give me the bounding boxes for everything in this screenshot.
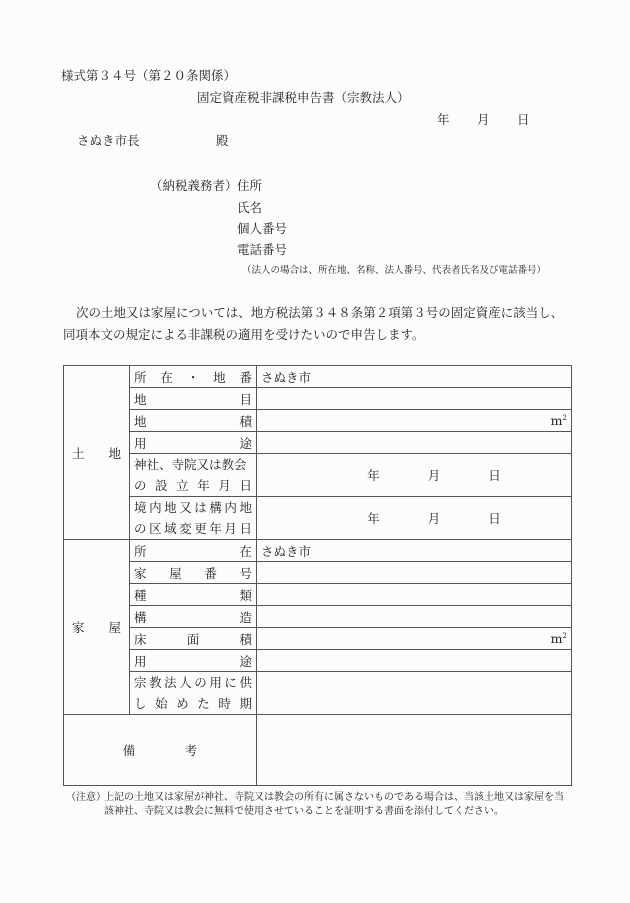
label-char: 類 xyxy=(239,586,252,604)
label-char: 教 xyxy=(149,672,162,693)
land-group-label-1: 土 xyxy=(72,444,85,462)
land-use-label: 用途 xyxy=(130,432,257,454)
building-structure-label: 構造 xyxy=(130,606,257,628)
building-group-cell: 家屋 xyxy=(64,540,130,715)
building-location-label: 所在 xyxy=(130,540,257,562)
label-char: に xyxy=(224,672,237,693)
label-char: 目 xyxy=(239,390,252,408)
taxpayer-label: （納税義務者） xyxy=(150,176,238,194)
year-label: 年 xyxy=(367,466,380,484)
label-char: 所 xyxy=(134,542,147,560)
label-char: 造 xyxy=(239,608,252,626)
remarks-field[interactable] xyxy=(257,715,572,786)
property-table: 土地 所在・地番 さぬき市 地目 地積 m2 用途 神社、寺院又は教会 の設立年… xyxy=(63,365,572,786)
label-char: 設 xyxy=(155,475,168,496)
header-date-month: 月 xyxy=(477,110,490,128)
label-char: 用 xyxy=(134,434,147,452)
building-number-label: 家屋番号 xyxy=(130,562,257,584)
label-char: 構 xyxy=(209,497,222,518)
land-area-field[interactable]: m2 xyxy=(257,410,572,432)
month-label: 月 xyxy=(428,466,441,484)
label-char: 在 xyxy=(239,542,252,560)
label-char: 構 xyxy=(134,608,147,626)
remarks-label-1: 備 xyxy=(123,741,136,759)
label-char: 宗 xyxy=(134,672,147,693)
label-char: 用 xyxy=(134,652,147,670)
unit-superscript: 2 xyxy=(563,414,567,422)
label-char: 又 xyxy=(179,497,192,518)
land-group-label-2: 地 xyxy=(108,444,121,462)
label-char: 供 xyxy=(239,672,252,693)
building-location-field[interactable]: さぬき市 xyxy=(257,540,572,562)
label-char: 家 xyxy=(134,564,147,582)
label-char: 所 xyxy=(134,368,147,386)
boundary-change-date-field[interactable]: 年月日 xyxy=(257,497,572,540)
taxpayer-phone-label: 電話番号 xyxy=(237,240,287,258)
label-char: 積 xyxy=(239,630,252,648)
land-location-label: 所在・地番 xyxy=(130,366,257,388)
label-char: 床 xyxy=(134,630,147,648)
label-char: 地 xyxy=(239,497,252,518)
label-char: 変 xyxy=(179,518,192,539)
header-date-day: 日 xyxy=(517,110,530,128)
label-char: 法 xyxy=(164,672,177,693)
note-heading: （注意） xyxy=(66,791,106,805)
label-char: の xyxy=(194,672,207,693)
day-label: 日 xyxy=(488,509,501,527)
label-char: 期 xyxy=(239,693,252,714)
boundary-change-date-label: 境内地又は構内地 の区域変更年月日 xyxy=(130,497,257,540)
label-char: 用 xyxy=(209,672,222,693)
label-char: 地 xyxy=(164,497,177,518)
land-use-field[interactable] xyxy=(257,432,572,454)
label-char: 地 xyxy=(213,368,226,386)
taxpayer-id-label: 個人番号 xyxy=(237,219,287,237)
label-char: 在 xyxy=(160,368,173,386)
label-char: 立 xyxy=(176,475,189,496)
building-group-label-2: 屋 xyxy=(108,618,121,636)
square-meter-unit: m xyxy=(551,631,563,646)
label-char: 人 xyxy=(179,672,192,693)
header-date-year: 年 xyxy=(437,110,450,128)
unit-superscript: 2 xyxy=(563,632,567,640)
label-char: 始 xyxy=(155,693,168,714)
label-char: 区 xyxy=(149,518,162,539)
label-char: 境 xyxy=(134,497,147,518)
month-label: 月 xyxy=(428,509,441,527)
building-use-field[interactable] xyxy=(257,650,572,672)
corporate-note: （法人の場合は、所在地、名称、法人番号、代表者氏名及び電話番号） xyxy=(242,262,546,276)
label-char: 域 xyxy=(164,518,177,539)
document-title: 固定資産税非課税申告書（宗教法人） xyxy=(197,88,410,106)
label-char: 地 xyxy=(134,412,147,430)
day-label: 日 xyxy=(488,466,501,484)
label-char: 時 xyxy=(218,693,231,714)
label-char: 番 xyxy=(239,368,252,386)
label-char: 月 xyxy=(224,518,237,539)
addressee: さぬき市長 xyxy=(77,131,140,149)
label-char: 地 xyxy=(134,390,147,408)
label-char: 年 xyxy=(209,518,222,539)
floor-area-label: 床面積 xyxy=(130,628,257,650)
building-group-label-1: 家 xyxy=(72,618,85,636)
building-type-label: 種類 xyxy=(130,584,257,606)
label-char: 内 xyxy=(224,497,237,518)
label-char: ・ xyxy=(187,368,200,386)
remarks-label-2: 考 xyxy=(185,741,198,759)
building-number-field[interactable] xyxy=(257,562,572,584)
land-area-label: 地積 xyxy=(130,410,257,432)
label-char: 内 xyxy=(149,497,162,518)
establishment-date-label: 神社、寺院又は教会 の設立年月日 xyxy=(130,454,257,497)
addressee-suffix: 殿 xyxy=(216,131,229,149)
label-char: 種 xyxy=(134,586,147,604)
label-char: の xyxy=(134,518,147,539)
form-number: 様式第３４号（第２０条関係） xyxy=(61,66,236,84)
label-char: 更 xyxy=(194,518,207,539)
label-char: 日 xyxy=(239,475,252,496)
label-char: 日 xyxy=(239,518,252,539)
label-char: 月 xyxy=(218,475,231,496)
label-char: め xyxy=(176,693,189,714)
label-char: 途 xyxy=(239,652,252,670)
label-char: し xyxy=(134,693,147,714)
land-location-field[interactable]: さぬき市 xyxy=(257,366,572,388)
land-category-label: 地目 xyxy=(130,388,257,410)
label-char: 号 xyxy=(239,564,252,582)
land-group-cell: 土地 xyxy=(64,366,130,540)
statement-paragraph: 次の土地又は家屋については、地方税法第３４８条第２項第３号の固定資産に該当し、同… xyxy=(63,302,569,346)
note-section: （注意） 上記の土地又は家屋が神社、寺院又は教会の所有に属さないものである場合は… xyxy=(66,791,566,819)
square-meter-unit: m xyxy=(551,413,563,428)
religious-use-start-field[interactable] xyxy=(257,672,572,715)
remarks-label-cell: 備考 xyxy=(64,715,257,786)
taxpayer-address-label: 住所 xyxy=(237,176,262,194)
building-structure-field[interactable] xyxy=(257,606,572,628)
taxpayer-name-label: 氏名 xyxy=(237,198,262,216)
label-char: た xyxy=(197,693,210,714)
label-line: 神社、寺院又は教会 xyxy=(134,454,247,475)
label-char: 番 xyxy=(204,564,217,582)
land-category-field[interactable] xyxy=(257,388,572,410)
label-char: 年 xyxy=(197,475,210,496)
label-char: の xyxy=(134,475,147,496)
label-char: 面 xyxy=(187,630,200,648)
label-char: 屋 xyxy=(169,564,182,582)
label-char: 途 xyxy=(239,434,252,452)
establishment-date-field[interactable]: 年月日 xyxy=(257,454,572,497)
building-use-label: 用途 xyxy=(130,650,257,672)
note-body: 上記の土地又は家屋が神社、寺院又は教会の所有に属さないものである場合は、当該土地… xyxy=(104,791,566,819)
floor-area-field[interactable]: m2 xyxy=(257,628,572,650)
label-char: は xyxy=(194,497,207,518)
year-label: 年 xyxy=(367,509,380,527)
label-char: 積 xyxy=(239,412,252,430)
religious-use-start-label: 宗教法人の用に供 し始めた時期 xyxy=(130,672,257,715)
building-type-field[interactable] xyxy=(257,584,572,606)
